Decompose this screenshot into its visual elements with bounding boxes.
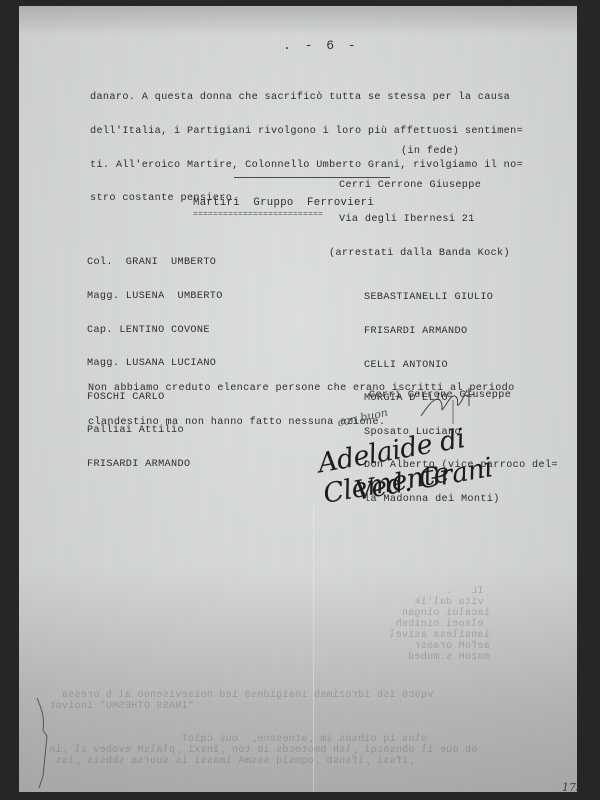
separator-line: [234, 177, 390, 178]
signer-name: Cerri Cerrone Giuseppe: [339, 180, 481, 191]
bleed-through-text: IL . vita dal'ik iacaloi oingan elsoei o…: [389, 586, 496, 663]
list-item: Col. GRANI UMBERTO: [87, 257, 223, 268]
bleed-through-text: vq9c0 1sb idrozimab inaigidns9 ied noise…: [49, 690, 433, 712]
pencil-signature-scribble: [419, 384, 489, 424]
list-item: Cap. LENTINO COVONE: [87, 325, 223, 336]
page-number: . - 6 -: [283, 40, 359, 51]
folio-number: 175: [562, 781, 577, 792]
list-item: FRISARDI ARMANDO: [364, 326, 558, 337]
torn-edge-mark: [33, 696, 53, 792]
list-item: SEBASTIANELLI GIULIO: [364, 292, 558, 303]
list-item: Magg. LUSENA UMBERTO: [87, 291, 223, 302]
arrest-note: (arrestati dalla Banda Kock): [329, 248, 510, 259]
closing-text: (in fede): [339, 146, 481, 157]
document-page: IL . vita dal'ik iacaloi oingan elsoei o…: [19, 6, 577, 792]
bleed-through-text: olos iq oibsos sm ,atnesene, ous cqioT o…: [49, 734, 484, 767]
signer-address: Via degli Ibernesi 21: [339, 214, 481, 225]
section-underline: ==========================: [193, 209, 323, 220]
signature-block: (in fede) Cerri Cerrone Giuseppe Via deg…: [339, 124, 481, 247]
section-title: Martiri Gruppo Ferrovieri: [193, 198, 374, 209]
list-item: FRISARDI ARMANDO: [87, 459, 223, 470]
text-line: danaro. A questa donna che sacrificò tut…: [90, 92, 523, 103]
